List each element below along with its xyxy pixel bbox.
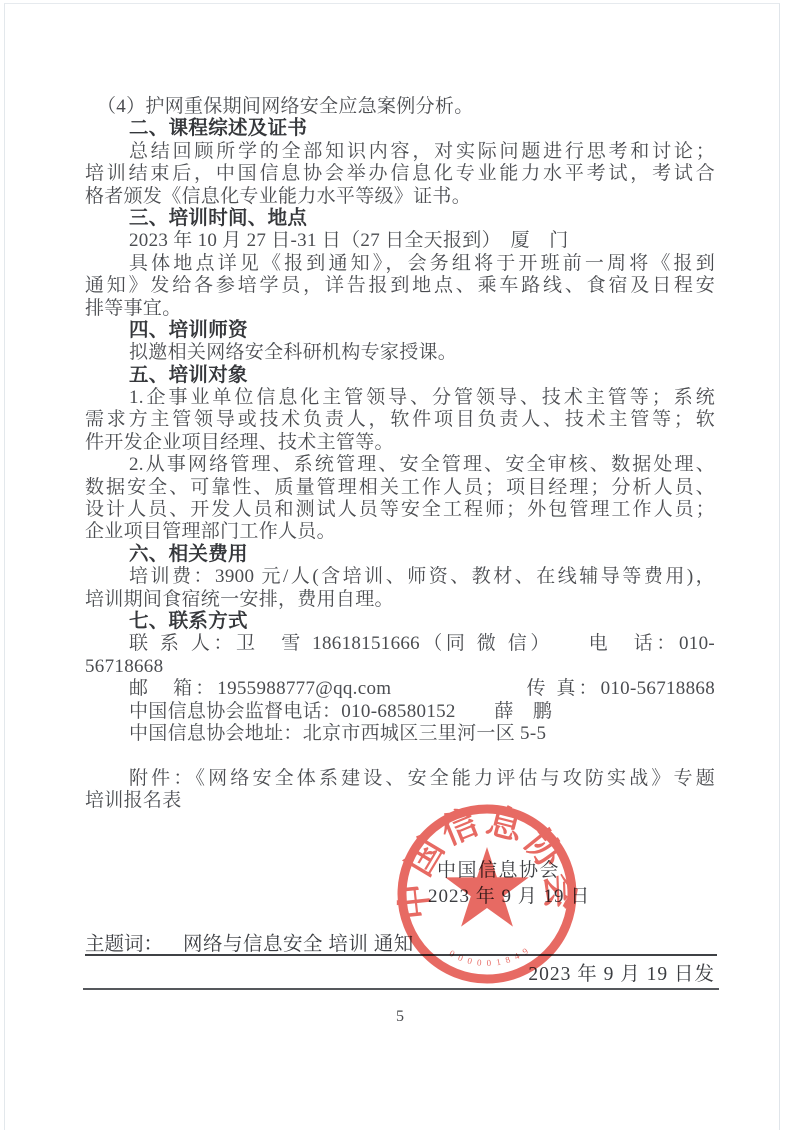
text-line: 56718668: [85, 656, 715, 678]
official-seal-stamp-icon: 中国信息协会 00000184941: [392, 799, 582, 989]
text-line: 培训费：3900 元/人(含培训、师资、教材、在线辅导等费用)，: [85, 566, 715, 588]
text-line: 排等事宜。: [85, 298, 715, 320]
text-line: 拟邀相关网络安全科研机构专家授课。: [85, 342, 715, 364]
text-line: 1.企事业单位信息化主管领导、分管领导、技术主管等；系统: [85, 387, 715, 409]
section-heading: 二、课程综述及证书: [85, 118, 715, 140]
text-line: 数据安全、可靠性、质量管理相关工作人员；项目经理；分析人员、: [85, 477, 715, 499]
text-line: 培训结束后，中国信息协会举办信息化专业能力水平考试，考试合: [85, 163, 715, 185]
text-line: 附件：《网络安全体系建设、安全能力评估与攻防实战》专题: [85, 768, 715, 790]
text-line: [85, 745, 715, 767]
section-heading: 四、培训师资: [85, 320, 715, 342]
text-line: （4）护网重保期间网络安全应急案例分析。: [85, 96, 715, 118]
text-line: 格者颁发《信息化专业能力水平等级》证书。: [85, 186, 715, 208]
text-line: 总结回顾所学的全部知识内容，对实际问题进行思考和讨论；: [85, 141, 715, 163]
text-line: 中国信息协会监督电话：010-68580152 薛 鹏: [85, 701, 715, 723]
subject-keywords: 网络与信息安全 培训 通知: [183, 934, 414, 955]
text-line: 具体地点详见《报到通知》，会务组将于开班前一周将《报到: [85, 253, 715, 275]
section-heading: 五、培训对象: [85, 365, 715, 387]
document-lines: （4）护网重保期间网络安全应急案例分析。二、课程综述及证书总结回顾所学的全部知识…: [85, 96, 715, 813]
text-line: 邮 箱：1955988777@qq.com 传 真：010-56718868: [85, 678, 715, 700]
text-line: 设计人员、开发人员和测试人员等安全工程师；外包管理工作人员；: [85, 499, 715, 521]
text-line: 件开发企业项目经理、技术主管等。: [85, 432, 715, 454]
page-number: 5: [0, 1008, 800, 1026]
subject-label: 主题词：: [85, 934, 163, 955]
text-line: 联 系 人：卫 雪 18618151666（同 微 信） 电 话：010-: [85, 633, 715, 655]
section-heading: 三、培训时间、地点: [85, 208, 715, 230]
text-line: 培训期间食宿统一安排，费用自理。: [85, 589, 715, 611]
scanned-document-page: { "page": { "number": "5" }, "document":…: [0, 0, 800, 1131]
text-line: 通知》发给各参培学员，详告报到地点、乘车路线、食宿及日程安: [85, 275, 715, 297]
text-line: 2023 年 10 月 27 日-31 日（27 日全天报到） 厦 门: [85, 230, 715, 252]
seal-star-icon: [445, 847, 529, 927]
text-line: 企业项目管理部门工作人员。: [85, 521, 715, 543]
text-line: 中国信息协会地址：北京市西城区三里河一区 5-5: [85, 723, 715, 745]
section-heading: 七、联系方式: [85, 611, 715, 633]
section-heading: 六、相关费用: [85, 544, 715, 566]
text-line: 需求方主管领导或技术负责人，软件项目负责人、技术主管等；软: [85, 409, 715, 431]
text-line: 2.从事网络管理、系统管理、安全管理、安全审核、数据处理、: [85, 454, 715, 476]
